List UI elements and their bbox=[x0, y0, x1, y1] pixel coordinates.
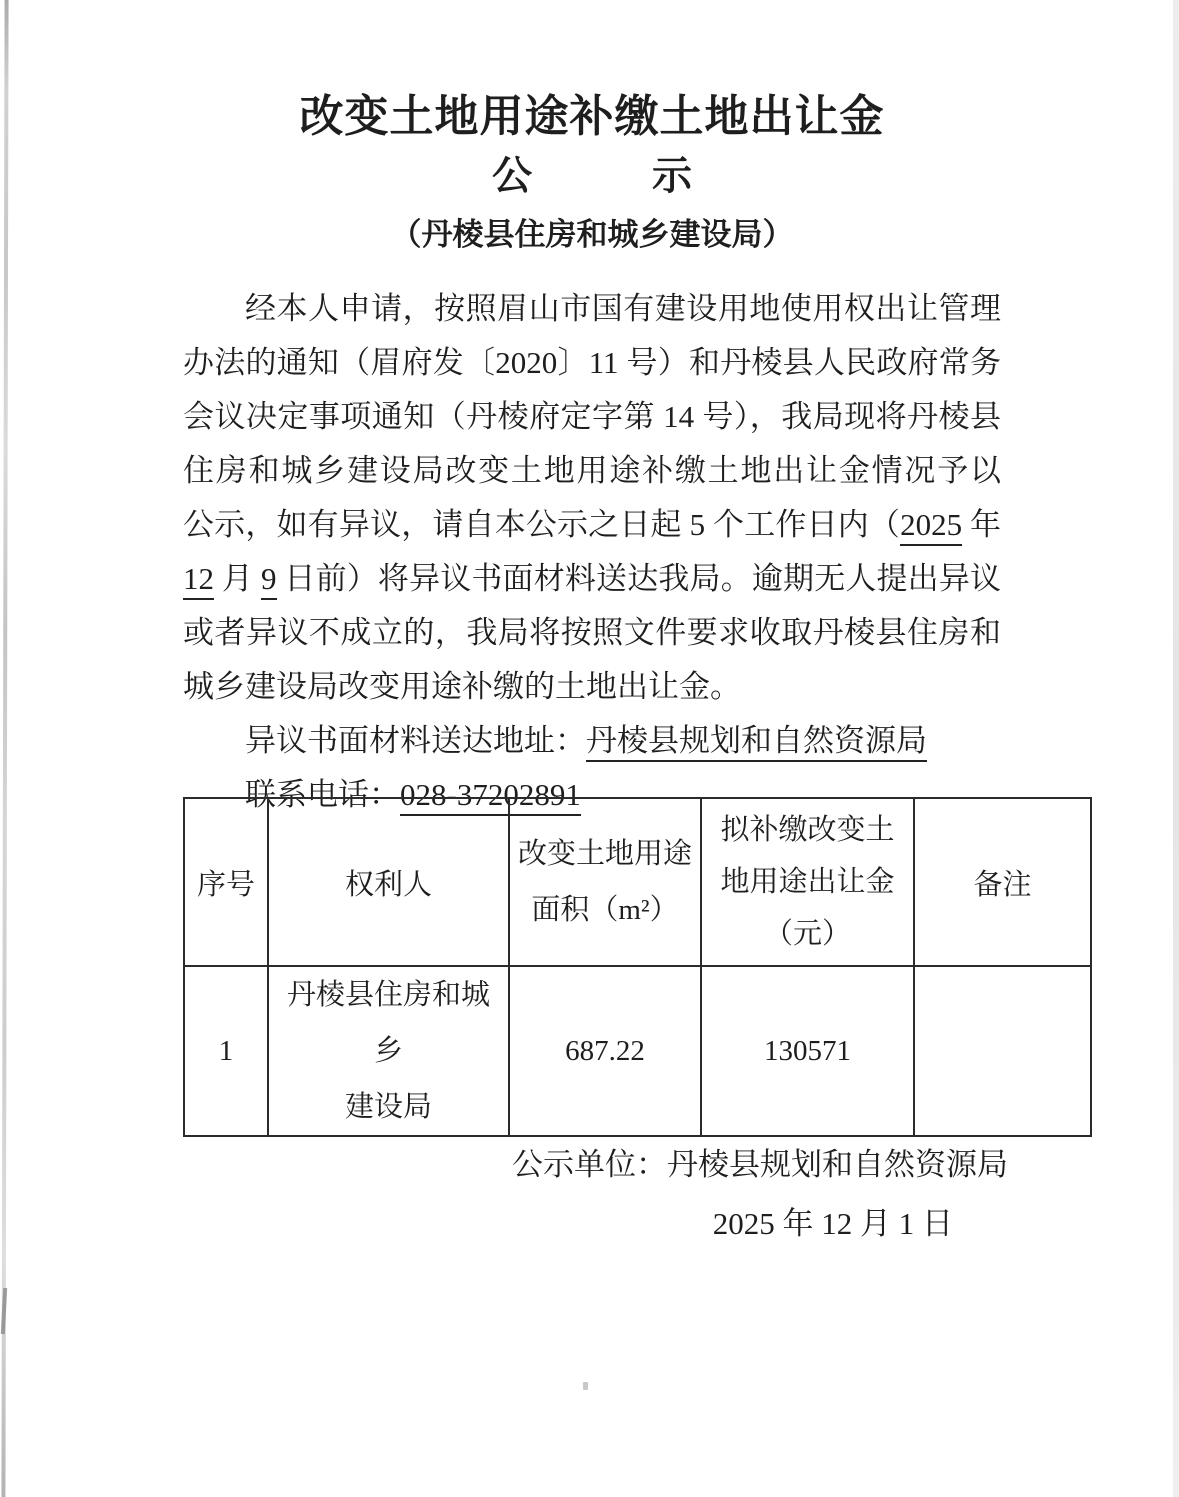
header-fee: 拟补缴改变土 地用途出让金 （元） bbox=[701, 798, 914, 966]
body-text: 年 bbox=[962, 507, 1001, 542]
cell-fee: 130571 bbox=[701, 966, 914, 1136]
address-value: 丹棱县规划和自然资源局 bbox=[586, 723, 927, 762]
body-line-4: 住房和城乡建设局改变土地用途补缴土地出让金情况予以 bbox=[183, 444, 1001, 498]
body-text: 住房和城乡建设局改变土地用途补缴土地出让金情况予以 bbox=[183, 453, 1001, 488]
body-text: 会议决定事项通知（丹棱府定字第 14 号），我局现将丹棱县 bbox=[183, 399, 1001, 434]
address-line: 异议书面材料送达地址：丹棱县规划和自然资源局 bbox=[183, 714, 1001, 768]
body-line-5: 公示，如有异议，请自本公示之日起 5 个工作日内（2025 年 bbox=[183, 498, 1001, 552]
cell-holder-line1: 丹棱县住房和城乡 bbox=[273, 967, 504, 1079]
header-seq: 序号 bbox=[184, 798, 268, 966]
body-line-3: 会议决定事项通知（丹棱府定字第 14 号），我局现将丹棱县 bbox=[183, 390, 1001, 444]
deadline-day: 9 bbox=[261, 561, 277, 600]
body-text: 经本人申请，按照眉山市国有建设用地使用权出让管理 bbox=[245, 291, 1001, 326]
body-text: 城乡建设局改变用途补缴的土地出让金。 bbox=[183, 669, 741, 704]
issuing-bureau-subtitle: （丹棱县住房和城乡建设局） bbox=[183, 212, 1001, 258]
header-fee-line3: （元） bbox=[706, 908, 909, 960]
cell-holder-line2: 建设局 bbox=[273, 1079, 504, 1135]
scan-edge-left-artifact bbox=[1, 0, 8, 1497]
address-label: 异议书面材料送达地址： bbox=[245, 723, 586, 758]
body-line-6: 12 月 9 日前）将异议书面材料送达我局。逾期无人提出异议 bbox=[183, 552, 1001, 606]
header-fee-line1: 拟补缴改变土 bbox=[706, 804, 909, 856]
body-line-7: 或者异议不成立的，我局将按照文件要求收取丹棱县住房和 bbox=[183, 606, 1001, 660]
body-line-8: 城乡建设局改变用途补缴的土地出让金。 bbox=[183, 660, 1001, 714]
header-fee-line2: 地用途出让金 bbox=[706, 856, 909, 908]
body-text: 公示，如有异议，请自本公示之日起 5 个工作日内（ bbox=[183, 507, 900, 542]
document-title-gongshi: 公 示 bbox=[183, 148, 1001, 204]
header-remark: 备注 bbox=[914, 798, 1091, 966]
body-line-2: 办法的通知（眉府发〔2020〕11 号）和丹棱县人民政府常务 bbox=[183, 336, 1001, 390]
header-area-line2: 面积（m²） bbox=[514, 882, 696, 938]
payment-notice-table: 序号 权利人 改变土地用途 面积（m²） 拟补缴改变土 地用途出让金 （元） 备… bbox=[183, 797, 1092, 1137]
cell-remark bbox=[914, 966, 1091, 1136]
table-data-row: 1 丹棱县住房和城乡 建设局 687.22 130571 bbox=[184, 966, 1091, 1136]
header-area-line1: 改变土地用途 bbox=[514, 826, 696, 882]
cell-holder: 丹棱县住房和城乡 建设局 bbox=[268, 966, 509, 1136]
scan-speck-artifact bbox=[583, 1382, 588, 1390]
table-header-row: 序号 权利人 改变土地用途 面积（m²） 拟补缴改变土 地用途出让金 （元） 备… bbox=[184, 798, 1091, 966]
body-text: 月 bbox=[214, 561, 261, 596]
body-line-1: 经本人申请，按照眉山市国有建设用地使用权出让管理 bbox=[183, 282, 1001, 336]
body-text: 办法的通知（眉府发〔2020〕11 号）和丹棱县人民政府常务 bbox=[183, 345, 1001, 380]
deadline-month: 12 bbox=[183, 561, 214, 600]
notice-body: 经本人申请，按照眉山市国有建设用地使用权出让管理 办法的通知（眉府发〔2020〕… bbox=[183, 282, 1001, 822]
cell-area: 687.22 bbox=[509, 966, 701, 1136]
scanned-notice-page: 改变土地用途补缴土地出让金 公 示 （丹棱县住房和城乡建设局） 经本人申请，按照… bbox=[0, 0, 1179, 1497]
document-content: 改变土地用途补缴土地出让金 公 示 （丹棱县住房和城乡建设局） 经本人申请，按照… bbox=[183, 88, 1001, 822]
publish-date-line: 2025 年 12 月 1 日 bbox=[713, 1202, 953, 1246]
cell-seq: 1 bbox=[184, 966, 268, 1136]
header-area: 改变土地用途 面积（m²） bbox=[509, 798, 701, 966]
body-text: 日前）将异议书面材料送达我局。逾期无人提出异议 bbox=[277, 561, 1002, 596]
scan-edge-right-artifact bbox=[1173, 0, 1179, 1497]
publishing-unit-line: 公示单位：丹棱县规划和自然资源局 bbox=[512, 1143, 1008, 1187]
deadline-year: 2025 bbox=[900, 507, 962, 546]
document-title: 改变土地用途补缴土地出让金 bbox=[183, 88, 1001, 146]
header-holder: 权利人 bbox=[268, 798, 509, 966]
body-text: 或者异议不成立的，我局将按照文件要求收取丹棱县住房和 bbox=[183, 615, 1001, 650]
